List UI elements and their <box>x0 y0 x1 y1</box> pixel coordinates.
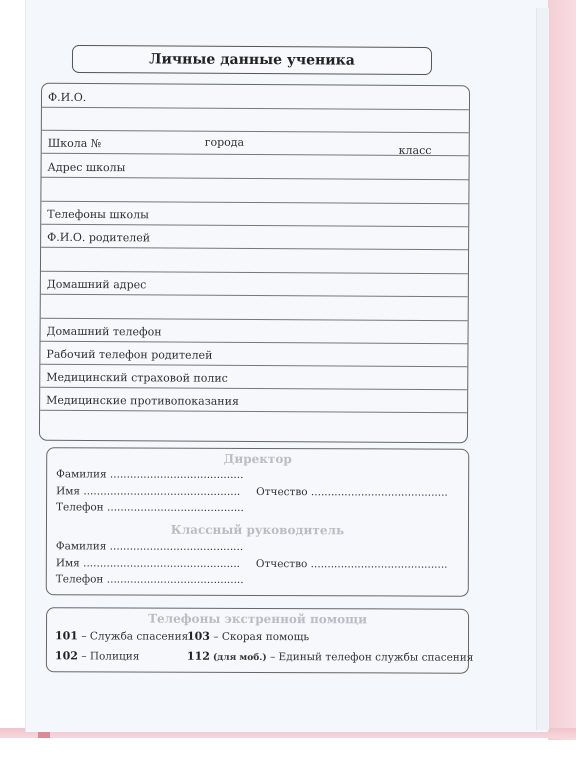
teacher-phone-field[interactable]: Телефон ................................… <box>56 573 244 586</box>
field-school-address[interactable]: Адрес школы <box>42 154 469 181</box>
emergency-description: – Скорая помощь <box>210 631 309 643</box>
field-home-phone[interactable]: Домашний телефон <box>41 319 468 345</box>
field-home-address[interactable]: Домашний адрес <box>41 272 468 298</box>
field-school-phones[interactable]: Телефоны школы <box>41 202 468 228</box>
page-title: Личные данные ученика <box>72 45 432 75</box>
emergency-phones-box: Телефоны экстренной помощи 101 – Служба … <box>46 607 469 673</box>
director-phone-field[interactable]: Телефон ................................… <box>56 501 244 514</box>
field-label: Домашний телефон <box>47 325 162 339</box>
field-label: Адрес школы <box>48 161 126 174</box>
field-label: Телефоны школы <box>47 208 149 222</box>
emergency-description: – Полиция <box>78 650 139 662</box>
emergency-number: 101 <box>55 629 78 642</box>
field-blank-line[interactable] <box>41 248 468 275</box>
emergency-item-103: 103 – Скорая помощь <box>187 630 309 643</box>
field-blank-line[interactable] <box>40 411 467 443</box>
field-full-name[interactable]: Ф.И.О. <box>42 84 469 111</box>
field-blank-line[interactable] <box>42 108 469 134</box>
emergency-item-101: 101 – Служба спасения <box>55 629 188 642</box>
field-parents-name[interactable]: Ф.И.О. родителей <box>41 225 468 251</box>
director-name-field[interactable]: Имя ....................................… <box>56 485 240 498</box>
director-surname-field[interactable]: Фамилия ................................… <box>56 468 243 481</box>
teacher-name-field[interactable]: Имя ....................................… <box>56 557 240 570</box>
field-blank-line[interactable] <box>41 178 468 205</box>
class-teacher-heading: Классный руководитель <box>47 522 468 537</box>
field-label: Ф.И.О. родителей <box>47 231 150 245</box>
field-label: Рабочий телефон родителей <box>46 348 212 362</box>
emergency-description: – Единый телефон службы спасения <box>267 651 474 664</box>
teacher-surname-field[interactable]: Фамилия ................................… <box>56 540 243 553</box>
emergency-item-102: 102 – Полиция <box>55 649 139 662</box>
director-patronymic-field[interactable]: Отчество ...............................… <box>256 486 448 499</box>
field-school[interactable]: Школа № города класс <box>42 131 469 157</box>
field-medical-insurance[interactable]: Медицинский страховой полис <box>40 365 467 391</box>
emergency-number: 112 <box>187 650 210 663</box>
field-label: Домашний адрес <box>47 278 147 292</box>
emergency-number: 102 <box>55 649 78 662</box>
field-medical-contraindications[interactable]: Медицинские противопоказания <box>40 388 467 414</box>
field-label: Школа № <box>48 137 102 150</box>
field-label: Медицинский страховой полис <box>46 371 228 385</box>
field-label: Ф.И.О. <box>48 91 86 104</box>
teacher-patronymic-field[interactable]: Отчество ...............................… <box>256 558 448 571</box>
emergency-item-112: 112 (для моб.) – Единый телефон службы с… <box>187 650 474 664</box>
field-parents-work-phone[interactable]: Рабочий телефон родителей <box>40 342 467 368</box>
student-data-form: Ф.И.О. Школа № города класс Адрес школы … <box>39 83 470 444</box>
emergency-note: (для моб.) <box>210 653 267 663</box>
director-heading: Директор <box>47 451 468 466</box>
page-edges <box>536 8 549 730</box>
field-label: Медицинские противопоказания <box>46 394 239 408</box>
emergency-heading: Телефоны экстренной помощи <box>47 611 468 626</box>
emergency-description: – Служба спасения <box>78 630 188 642</box>
notebook-cover-right <box>548 0 576 740</box>
field-label-city: города <box>205 136 244 149</box>
field-blank-line[interactable] <box>41 295 468 322</box>
emergency-number: 103 <box>187 630 210 643</box>
school-contacts-box: Директор Фамилия .......................… <box>46 447 470 596</box>
